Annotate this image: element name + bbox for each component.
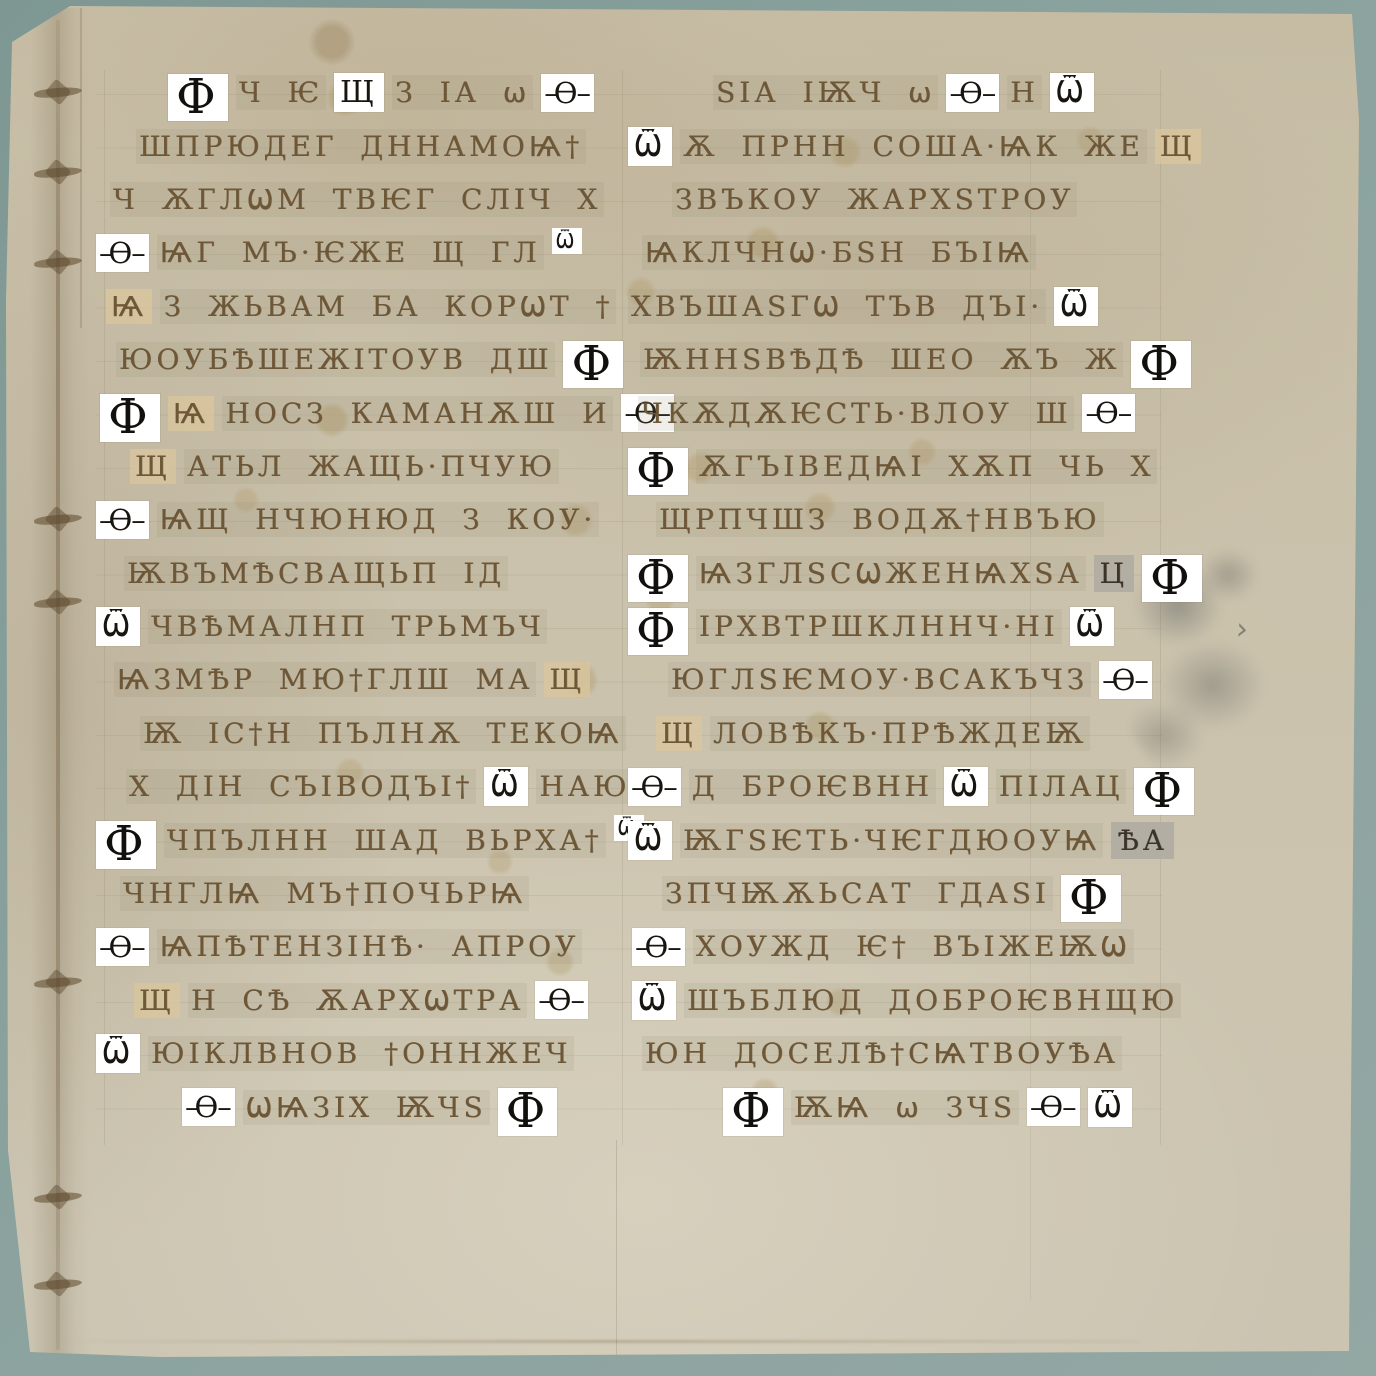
highlighted-glyph: Щ xyxy=(1155,129,1201,164)
manuscript-text: ШПРЮДЕГ ДННАМОѨ† xyxy=(136,129,586,164)
text-column-left: ФЧ ѤЩЗ ІА ѡѲШПРЮДЕГ ДННАМОѨ†Ч ѪГЛѠМ ТВѤГ… xyxy=(96,66,644,1134)
manuscript-text: ЮОУБѢШЕЖІТОУВ ДШ xyxy=(116,342,555,377)
manuscript-text: ЧНГЛѨ МЪ†ПОЧЬРѨ xyxy=(120,876,529,911)
text-line: ЮН ДОСЕЛѢ†СѨТВОУѢА xyxy=(628,1027,1193,1080)
text-line: Ч ѪГЛѠМ ТВѤГ СЛІЧ Х xyxy=(96,173,644,226)
text-line: ЮГЛЅѤМОУ·ВСАКЪЧЗѲ xyxy=(628,653,1193,706)
manuscript-text: ПІЛАЦ xyxy=(996,769,1126,804)
annotated-glyph-box: Ѳ xyxy=(541,74,594,112)
text-line: ѨКЛЧНѠ·БЅН БЪІѨ xyxy=(628,226,1193,279)
manuscript-text: Н СѢ ѪАРХѠТРА xyxy=(188,983,527,1018)
manuscript-text: ѨЩ НЧЮНЮД З КОУ· xyxy=(157,502,599,537)
binding-seam xyxy=(56,20,60,1350)
manuscript-text: З ІА ѡ xyxy=(392,75,533,110)
manuscript-text: ЧВѢМАЛНП ТРЬМЪЧ xyxy=(148,609,547,644)
annotated-glyph-box: Ф xyxy=(723,1088,783,1135)
manuscript-text: ѬГЅѤТЬ·ЧѤГДЮОУѨ xyxy=(680,823,1103,858)
manuscript-text: З ЖЬВАМ БА КОРѠТ † xyxy=(160,289,616,324)
text-line: ЗВЪКОУ ЖАРХЅТРОУ xyxy=(628,173,1193,226)
text-line: ЩАТЬЛ ЖАЩЬ·ПЧУЮ xyxy=(96,440,644,493)
highlighted-glyph: Щ xyxy=(130,449,176,484)
text-line: ФѨНОСЗ КАМАНѪШ ИѲ xyxy=(96,386,644,439)
manuscript-text: ЮН ДОСЕЛѢ†СѨТВОУѢА xyxy=(642,1036,1122,1071)
text-line: ѾШЪБЛЮД ДОБРОѤВНЩЮ xyxy=(628,974,1193,1027)
text-line: ЮОУБѢШЕЖІТОУВ ДШФ xyxy=(96,333,644,386)
annotated-glyph-box: Ѳ xyxy=(1027,1088,1080,1126)
text-line: ЗПЧѬѪЬСАТ ГДАЅІФ xyxy=(628,867,1193,920)
text-line: ѾѪ ПРНН СОША·ѨК ЖЕЩ xyxy=(628,119,1193,172)
text-line: ФѪГЪІВЕДѨІ ХѪП ЧЬ Х xyxy=(628,440,1193,493)
text-line: ѾЧВѢМАЛНП ТРЬМЪЧ xyxy=(96,600,644,653)
manuscript-text: Н xyxy=(1007,75,1041,110)
manuscript-page: › 12. ФЧ ѤЩЗ ІА ѡѲШПРЮДЕГ ДННАМОѨ†Ч ѪГЛѠ… xyxy=(0,0,1376,1376)
text-line: ФІРХВТРШКЛННЧ·НІѾ xyxy=(628,600,1193,653)
text-line: Х ДІН СЪІВОДЪІ†ѾНАЮ xyxy=(96,760,644,813)
manuscript-text: ѨКЛЧНѠ·БЅН БЪІѨ xyxy=(642,235,1036,270)
manuscript-text: ІРХВТРШКЛННЧ·НІ xyxy=(696,609,1062,644)
annotated-glyph-box: Ѳ xyxy=(632,928,685,966)
annotated-glyph-box: Ѿ xyxy=(96,607,140,646)
manuscript-text: ѨПѢТЕНЗІНѢ· АПРОУ xyxy=(157,929,582,964)
manuscript-text: ѬѨ ѡ ЗЧЅ xyxy=(791,1090,1019,1125)
highlighted-glyph: Ѩ xyxy=(168,396,214,431)
annotated-glyph-box: Ѿ xyxy=(628,821,672,860)
annotated-glyph-box: Ѳ xyxy=(1082,394,1135,432)
manuscript-text: ЗПЧѬѪЬСАТ ГДАЅІ xyxy=(662,876,1053,911)
annotated-glyph-box: Ѳ xyxy=(946,74,999,112)
annotated-glyph-box: Ѿ xyxy=(552,228,583,254)
annotated-glyph-box: Ѳ xyxy=(628,768,681,806)
annotated-glyph-box: Ф xyxy=(1134,768,1194,815)
annotated-glyph-box: Ф xyxy=(1061,875,1121,922)
manuscript-text: ѬВЪМѢСВАЩЬП ІД xyxy=(124,556,508,591)
text-line: ФЧ ѤЩЗ ІА ѡѲ xyxy=(96,66,644,119)
annotated-glyph-box: Ѳ xyxy=(96,928,149,966)
text-line: ЧКѪДѪѤСТЬ·ВЛОУ ШѲ xyxy=(628,386,1193,439)
manuscript-text: ЗВЪКОУ ЖАРХЅТРОУ xyxy=(672,182,1077,217)
manuscript-text: ЮІКЛВНОВ †ОННЖЕЧ xyxy=(148,1036,574,1071)
highlighted-glyph: Щ xyxy=(656,716,702,751)
text-line: ФЧПЪЛНН ШАД ВЬРХА†Ѿ xyxy=(96,813,644,866)
manuscript-text: ХВЪШАЅГѠ ТЪВ ДЪІ· xyxy=(628,289,1046,324)
annotated-glyph-box: Ѿ xyxy=(632,981,676,1020)
text-line: ХВЪШАЅГѠ ТЪВ ДЪІ·Ѿ xyxy=(628,280,1193,333)
manuscript-text: Ч Ѥ xyxy=(236,75,326,110)
text-line: ЩЛОВѢКЪ·ПРѢЖДЕѬ xyxy=(628,707,1193,760)
text-line: ЩН СѢ ѪАРХѠТРАѲ xyxy=(96,974,644,1027)
manuscript-text: ШЪБЛЮД ДОБРОѤВНЩЮ xyxy=(684,983,1181,1018)
manuscript-text: ЛОВѢКЪ·ПРѢЖДЕѬ xyxy=(710,716,1090,751)
bottom-crease xyxy=(60,1340,1140,1343)
manuscript-text: ЮГЛЅѤМОУ·ВСАКЪЧЗ xyxy=(668,662,1091,697)
annotated-glyph-box: Ф xyxy=(96,821,156,868)
manuscript-text: НОСЗ КАМАНѪШ И xyxy=(222,396,613,431)
text-line: Ѭ ІС†Н ПЪЛНѪ ТЕКОѨ xyxy=(96,707,644,760)
pen-mark: › xyxy=(1235,612,1249,648)
text-line: ЩРПЧШЗ ВОДѪ†НВЪЮ xyxy=(628,493,1193,546)
text-column-right: ЅІА ІѬЧ ѡѲНѾѾѪ ПРНН СОША·ѨК ЖЕЩЗВЪКОУ ЖА… xyxy=(628,66,1193,1134)
annotated-glyph-box: Ѿ xyxy=(96,1034,140,1073)
text-line: ѨЗ ЖЬВАМ БА КОРѠТ † xyxy=(96,280,644,333)
annotated-glyph-box: Ѳ xyxy=(96,234,149,272)
text-line: ФѨЗГЛЅСѠЖЕНѨХЅАЦФ xyxy=(628,547,1193,600)
annotated-glyph-box: Щ xyxy=(334,73,384,112)
manuscript-text: ѨЗМѢР МЮ†ГЛШ МА xyxy=(114,662,536,697)
highlighted-glyph: Щ xyxy=(134,983,180,1018)
annotated-glyph-box: Ѿ xyxy=(1054,287,1098,326)
text-line: ѲѨЩ НЧЮНЮД З КОУ· xyxy=(96,493,644,546)
text-line: ФѬѨ ѡ ЗЧЅѲѾ xyxy=(628,1080,1193,1133)
highlighted-glyph: Щ xyxy=(544,662,590,697)
manuscript-text: НАЮ xyxy=(536,769,633,804)
annotated-glyph-box: Ф xyxy=(628,608,688,655)
manuscript-text: ѪГЪІВЕДѨІ ХѪП ЧЬ Х xyxy=(696,449,1158,484)
manuscript-text: ѬННЅВѢДѢ ШЕО ѪЪ Ж xyxy=(640,342,1123,377)
text-line: ѬВЪМѢСВАЩЬП ІД xyxy=(96,547,644,600)
annotated-glyph-box: Ѳ xyxy=(182,1088,235,1126)
manuscript-text: Ѫ ПРНН СОША·ѨК ЖЕ xyxy=(680,129,1147,164)
annotated-glyph-box: Ѿ xyxy=(1088,1088,1132,1127)
highlighted-glyph: ѢА xyxy=(1111,822,1174,859)
text-line: ѾѬГЅѤТЬ·ЧѤГДЮОУѨѢА xyxy=(628,813,1193,866)
manuscript-text: ѠѨЗІХ ѬЧЅ xyxy=(243,1090,490,1125)
annotated-glyph-box: Ф xyxy=(563,341,623,388)
annotated-glyph-box: Ѳ xyxy=(535,981,588,1019)
annotated-glyph-box: Ф xyxy=(1131,341,1191,388)
annotated-glyph-box: Ф xyxy=(498,1088,558,1135)
manuscript-text: Х ДІН СЪІВОДЪІ† xyxy=(126,769,476,804)
text-line: ѾЮІКЛВНОВ †ОННЖЕЧ xyxy=(96,1027,644,1080)
annotated-glyph-box: Ѿ xyxy=(484,767,528,806)
manuscript-text: Ч ѪГЛѠМ ТВѤГ СЛІЧ Х xyxy=(110,182,604,217)
crease xyxy=(616,1140,617,1355)
highlighted-glyph: Ѩ xyxy=(106,289,152,324)
annotated-glyph-box: Ѳ xyxy=(96,501,149,539)
annotated-glyph-box: Ф xyxy=(100,394,160,441)
manuscript-text: ЅІА ІѬЧ ѡ xyxy=(713,75,938,110)
manuscript-text: ЧКѪДѪѤСТЬ·ВЛОУ Ш xyxy=(638,396,1074,431)
manuscript-text: ѨГ МЪ·ѤЖЕ Щ ГЛ xyxy=(157,235,544,270)
text-line: ѲѠѨЗІХ ѬЧЅФ xyxy=(96,1080,644,1133)
text-line: ѲѨГ МЪ·ѤЖЕ Щ ГЛѾ xyxy=(96,226,644,279)
manuscript-text: Д БРОѤВНН xyxy=(689,769,936,804)
text-line: ѨЗМѢР МЮ†ГЛШ МАЩ xyxy=(96,653,644,706)
annotated-glyph-box: Ѿ xyxy=(628,127,672,166)
text-line: ѬННЅВѢДѢ ШЕО ѪЪ ЖФ xyxy=(628,333,1193,386)
text-line: ѲД БРОѤВННѾПІЛАЦФ xyxy=(628,760,1193,813)
annotated-glyph-box: Ѿ xyxy=(1050,73,1094,112)
text-line: ЧНГЛѨ МЪ†ПОЧЬРѨ xyxy=(96,867,644,920)
annotated-glyph-box: Ѿ xyxy=(944,767,988,806)
text-line: ШПРЮДЕГ ДННАМОѨ† xyxy=(96,119,644,172)
manuscript-text: ЧПЪЛНН ШАД ВЬРХА† xyxy=(164,823,606,858)
manuscript-text: ѨЗГЛЅСѠЖЕНѨХЅА xyxy=(696,556,1086,591)
manuscript-text: АТЬЛ ЖАЩЬ·ПЧУЮ xyxy=(184,449,559,484)
annotated-glyph-box: Ѳ xyxy=(1099,661,1152,699)
annotated-glyph-box: Ф xyxy=(168,74,228,121)
annotated-glyph-box: Ф xyxy=(628,448,688,495)
text-line: ѲѨПѢТЕНЗІНѢ· АПРОУ xyxy=(96,920,644,973)
highlighted-glyph: Ц xyxy=(1094,555,1134,592)
annotated-glyph-box: Ф xyxy=(1142,555,1202,602)
manuscript-text: ХОУЖД Ѥ† ВЪІЖЕѬѠ xyxy=(693,929,1134,964)
text-line: ѲХОУЖД Ѥ† ВЪІЖЕѬѠ xyxy=(628,920,1193,973)
annotated-glyph-box: Ф xyxy=(628,555,688,602)
text-line: ЅІА ІѬЧ ѡѲНѾ xyxy=(628,66,1193,119)
manuscript-text: ЩРПЧШЗ ВОДѪ†НВЪЮ xyxy=(656,502,1104,537)
manuscript-text: Ѭ ІС†Н ПЪЛНѪ ТЕКОѨ xyxy=(140,716,626,751)
annotated-glyph-box: Ѿ xyxy=(1070,607,1114,646)
